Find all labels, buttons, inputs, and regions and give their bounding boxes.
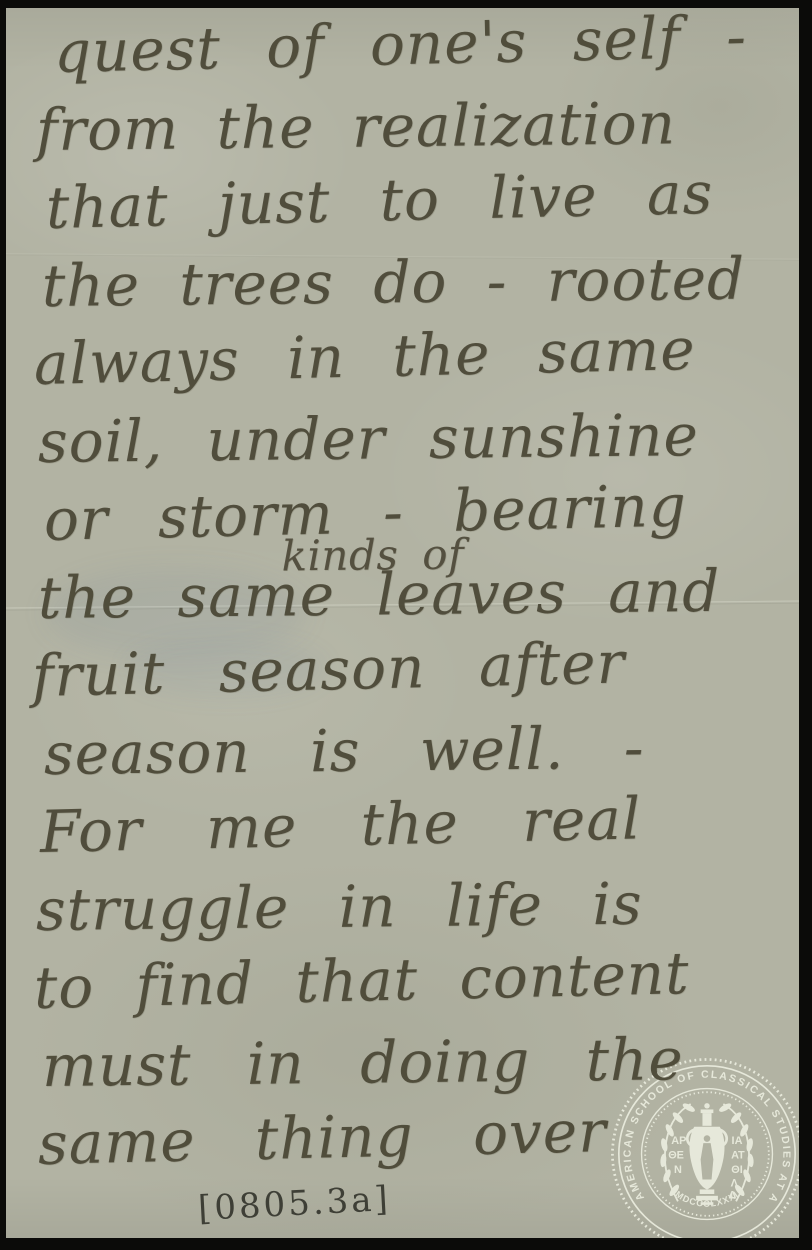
handwritten-line: quest of one's self - <box>53 8 799 96</box>
handwritten-line: For me the real <box>39 781 799 876</box>
handwritten-line: fruit season after <box>31 625 799 720</box>
interlinear-insertion: kinds of <box>281 530 464 581</box>
letter-paper: AMERICAN SCHOOL OF CLASSICAL STUDIES AT … <box>6 8 799 1238</box>
handwritten-line: same thing over <box>37 1093 799 1188</box>
handwritten-line: that just to live as <box>45 157 799 252</box>
letter-body: quest of one's self - from the realizati… <box>30 18 799 1188</box>
handwritten-line: always in the same <box>33 313 799 408</box>
seal-greek-text: Δ <box>729 1190 737 1202</box>
handwritten-line: to find that content <box>33 937 799 1032</box>
scanned-letter-page: AMERICAN SCHOOL OF CLASSICAL STUDIES AT … <box>0 0 812 1250</box>
